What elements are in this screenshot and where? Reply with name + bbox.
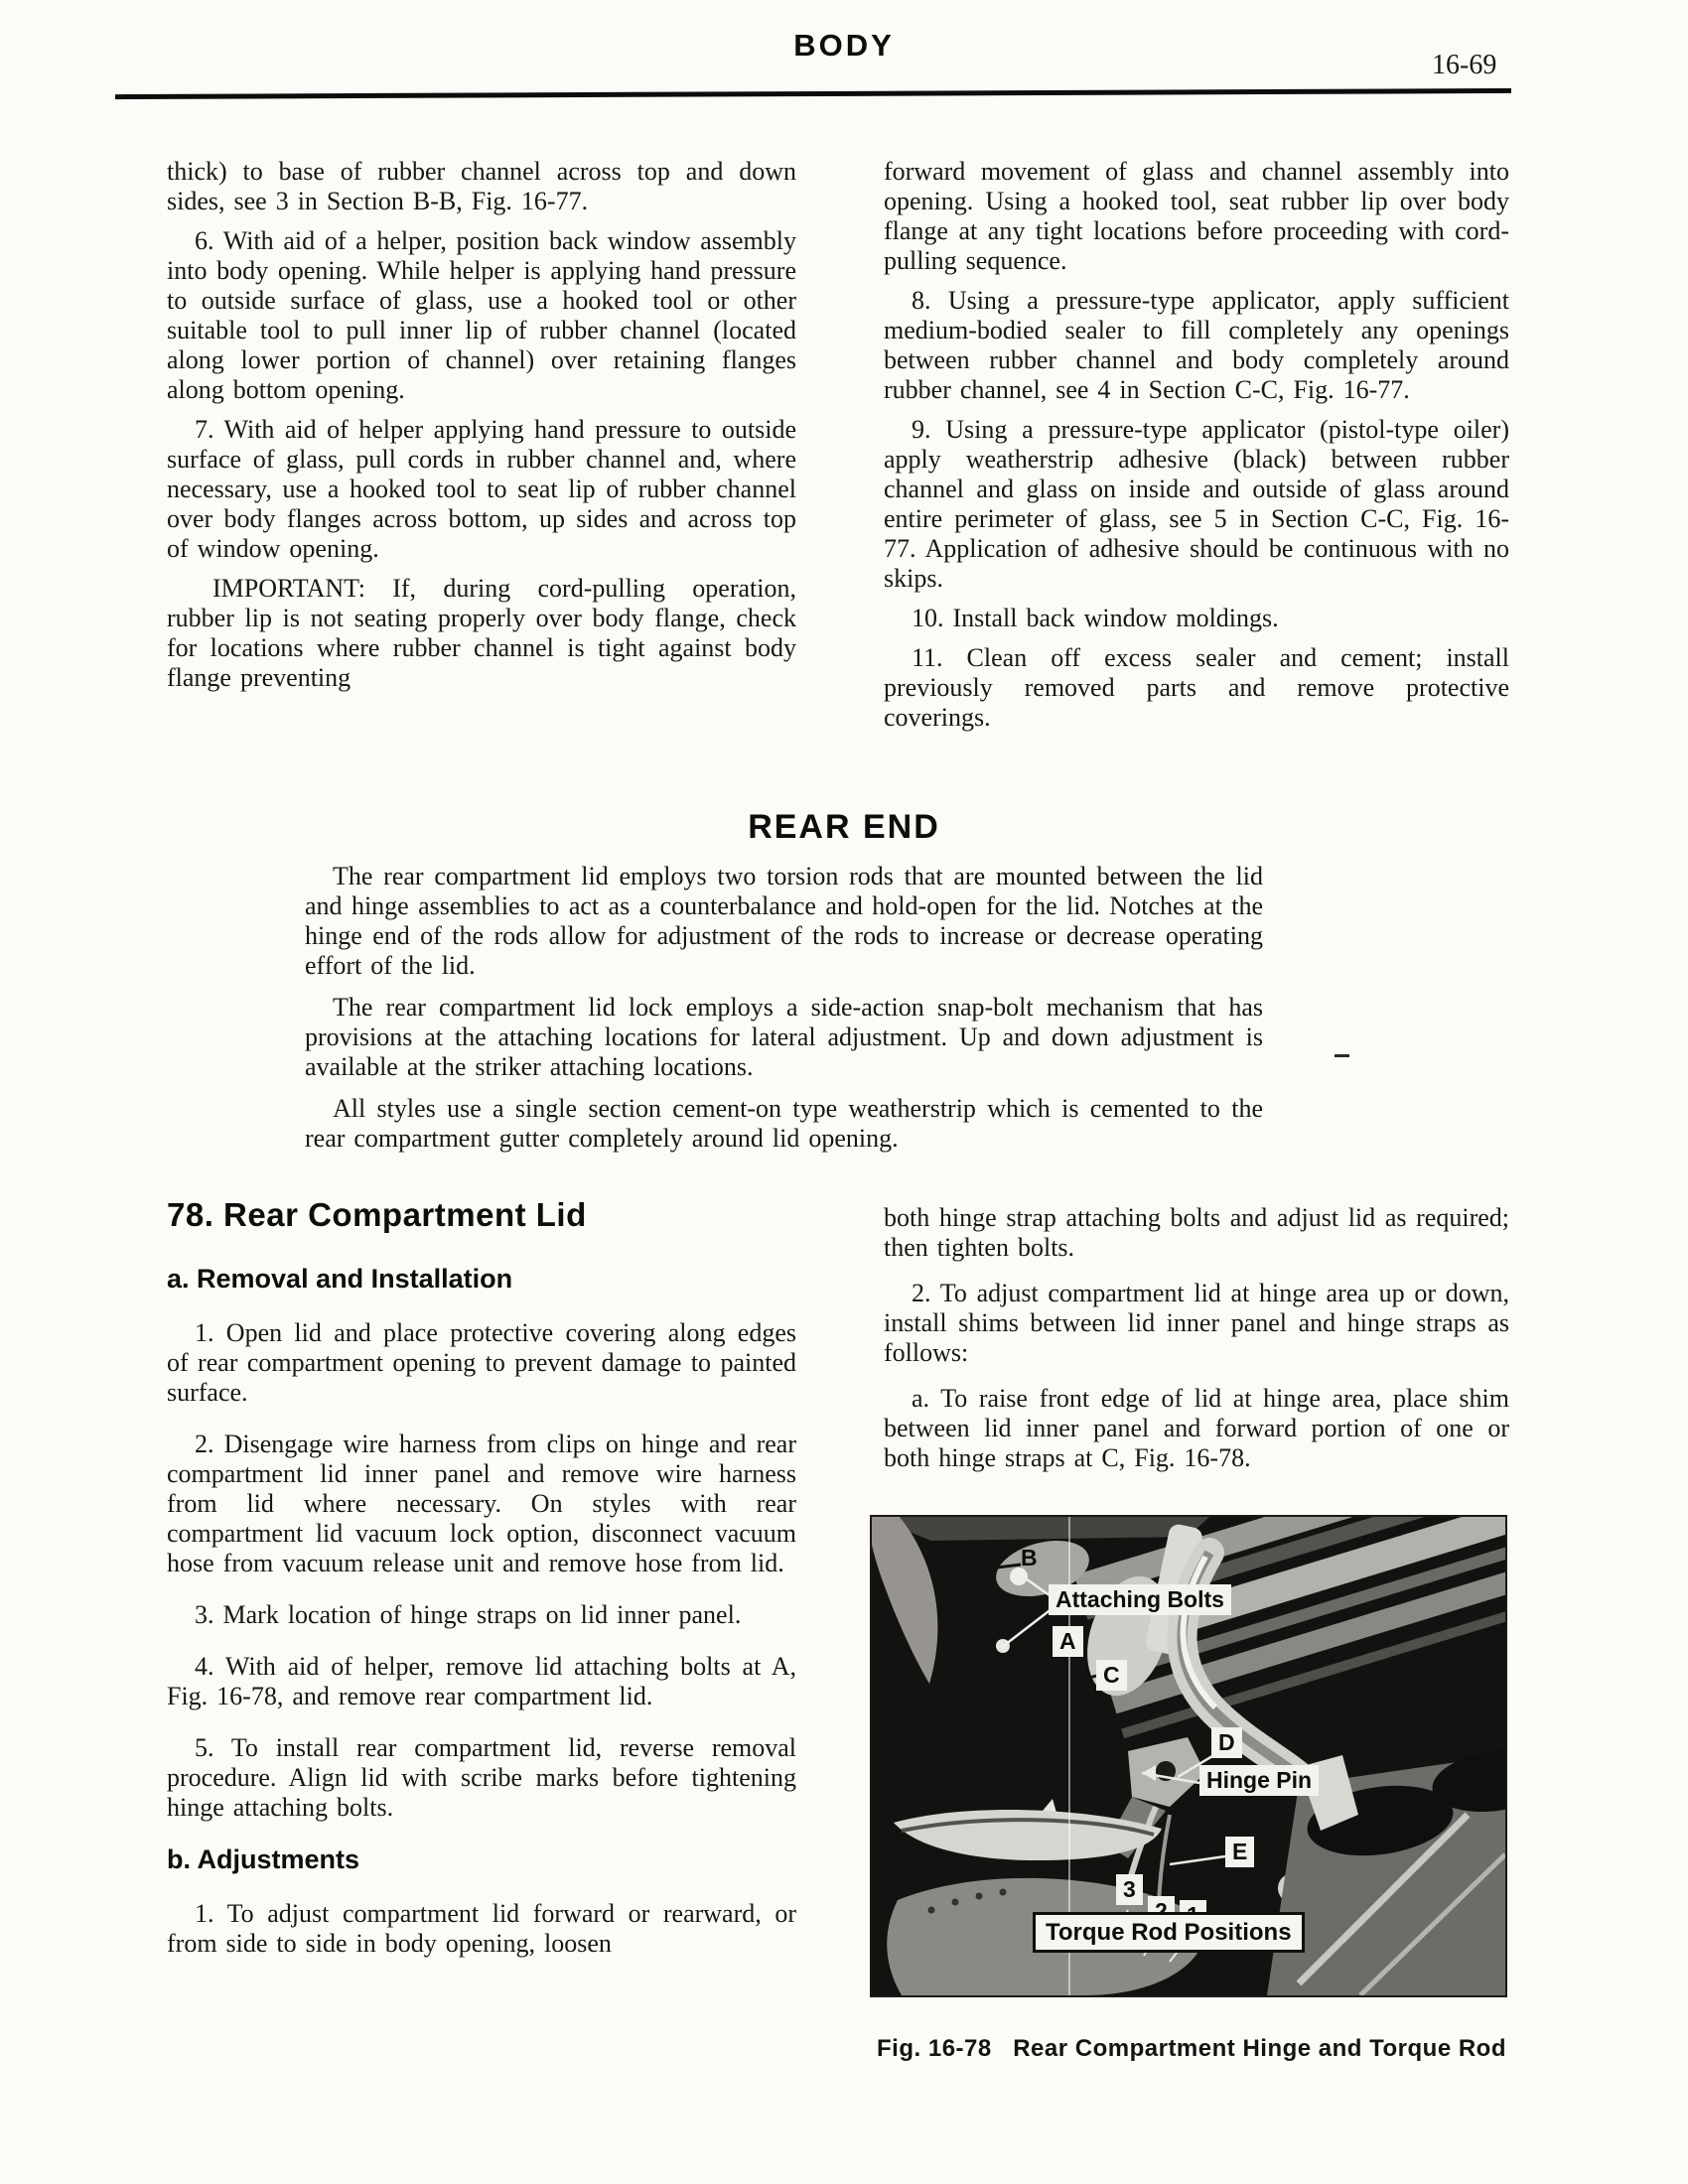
step-paragraph: 1. Open lid and place protective coverin…: [167, 1318, 796, 1408]
figure-label-a: A: [1053, 1626, 1083, 1657]
section-78-heading: 78. Rear Compartment Lid: [167, 1196, 796, 1234]
adjustment-steps: 1. To adjust compartment lid forward or …: [167, 1899, 796, 1959]
step-paragraph: 1. To adjust compartment lid forward or …: [167, 1899, 796, 1959]
paragraph: forward movement of glass and channel as…: [884, 157, 1509, 276]
step-paragraph: 9. Using a pressure-type applicator (pis…: [884, 415, 1509, 594]
step-paragraph: 8. Using a pressure-type applicator, app…: [884, 286, 1509, 405]
step-paragraph: 3. Mark location of hinge straps on lid …: [167, 1600, 796, 1630]
step-paragraph: 10. Install back window moldings.: [884, 604, 1509, 633]
removal-steps: 1. Open lid and place protective coverin…: [167, 1318, 796, 1823]
top-left-column: thick) to base of rubber channel across …: [167, 157, 796, 703]
rear-end-intro: The rear compartment lid employs two tor…: [305, 862, 1263, 1165]
step-paragraph: 6. With aid of a helper, position back w…: [167, 226, 796, 405]
page-number: 16-69: [1432, 50, 1496, 81]
step-paragraph: 7. With aid of helper applying hand pres…: [167, 415, 796, 564]
top-right-column: forward movement of glass and channel as…: [884, 157, 1509, 743]
step-paragraph: 11. Clean off excess sealer and cement; …: [884, 643, 1509, 733]
figure-label-b: B: [1021, 1543, 1038, 1573]
step-paragraph: 5. To install rear compartment lid, reve…: [167, 1733, 796, 1823]
subsection-b-heading: b. Adjustments: [167, 1844, 796, 1875]
manual-page: BODY 16-69 thick) to base of rubber chan…: [0, 0, 1688, 2184]
figure-label-c: C: [1096, 1660, 1127, 1691]
paragraph: The rear compartment lid lock employs a …: [305, 993, 1263, 1082]
figure-label-d: D: [1211, 1727, 1242, 1758]
paragraph: The rear compartment lid employs two tor…: [305, 862, 1263, 981]
section-78-left-column: 78. Rear Compartment Lid a. Removal and …: [167, 1196, 796, 1980]
subsection-a-heading: a. Removal and Installation: [167, 1264, 796, 1295]
figure-label-hinge-pin: Hinge Pin: [1199, 1765, 1319, 1796]
figure-label-torque-rod-positions: Torque Rod Positions: [1033, 1912, 1305, 1953]
step-paragraph: 4. With aid of helper, remove lid attach…: [167, 1652, 796, 1711]
paragraph: thick) to base of rubber channel across …: [167, 157, 796, 216]
figure-label-position-3: 3: [1116, 1874, 1143, 1905]
figure-label-e: E: [1225, 1837, 1254, 1867]
figure-16-78-photo: B Attaching Bolts A C D Hinge Pin E 3 2 …: [872, 1517, 1505, 1995]
step-paragraph: 2. To adjust compartment lid at hinge ar…: [884, 1279, 1509, 1368]
paragraph: All styles use a single section cement-o…: [305, 1094, 1263, 1154]
header-rule: [115, 88, 1511, 99]
important-note: IMPORTANT: If, during cord-pulling opera…: [167, 574, 796, 693]
section-heading-rear-end: REAR END: [0, 808, 1688, 847]
scan-artifact-dash: [1335, 1054, 1349, 1057]
figure-label-attaching-bolts: Attaching Bolts: [1049, 1584, 1231, 1615]
step-paragraph: 2. Disengage wire harness from clips on …: [167, 1430, 796, 1578]
section-78-right-column: both hinge strap attaching bolts and adj…: [884, 1203, 1509, 1489]
figure-caption: Fig. 16-78 Rear Compartment Hinge and To…: [824, 2035, 1559, 2063]
step-paragraph: a. To raise front edge of lid at hinge a…: [884, 1384, 1509, 1473]
paragraph: both hinge strap attaching bolts and adj…: [884, 1203, 1509, 1263]
